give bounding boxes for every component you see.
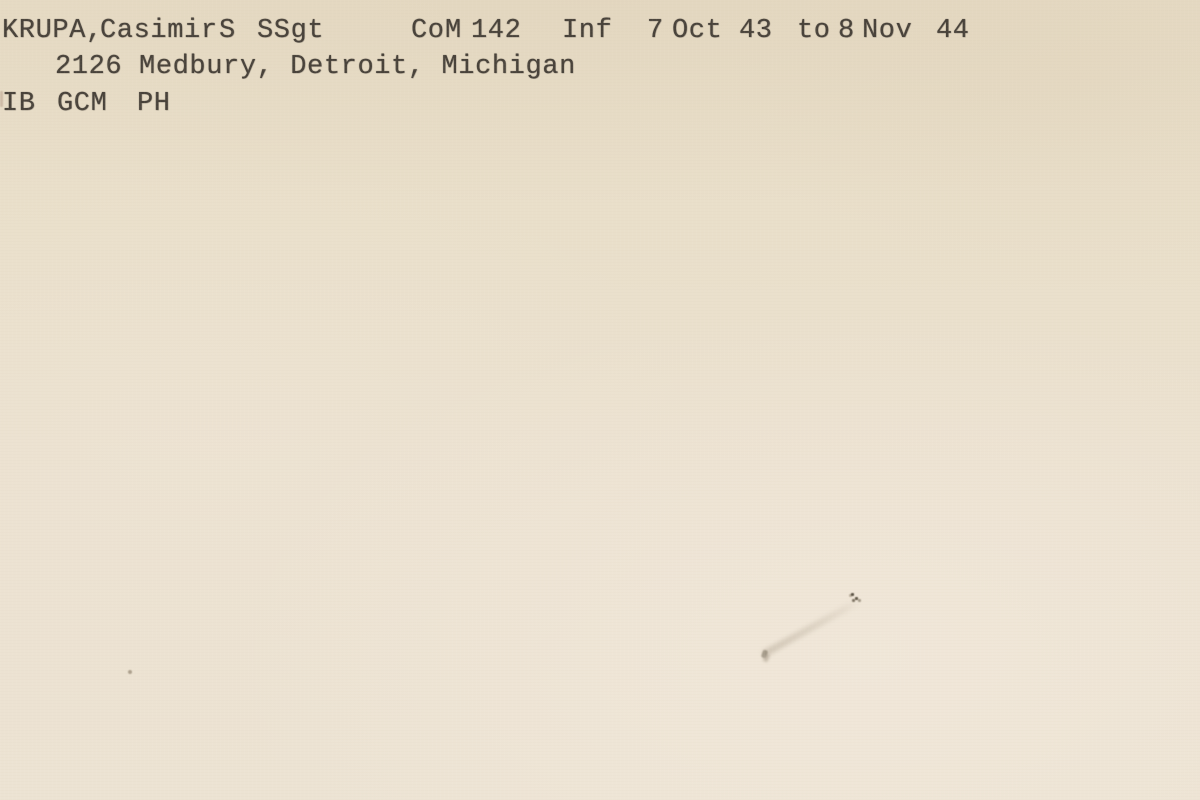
graphite-speck	[761, 649, 768, 658]
start-year: 43	[739, 14, 773, 48]
start-day: 7	[647, 14, 664, 48]
rank: SSgt	[257, 14, 324, 48]
end-day: 8	[838, 14, 855, 48]
address-line: 2126 Medbury, Detroit, Michigan	[0, 50, 1200, 86]
company-letter: M	[445, 14, 462, 48]
given-name: Casimir	[100, 14, 218, 48]
surname: KRUPA,	[2, 14, 103, 48]
scanned-index-card: KRUPA, Casimir S SSgt Co M 142 Inf 7 Oct…	[0, 0, 1200, 800]
ink-speck	[851, 593, 854, 596]
awards-line: IB GCM PH	[0, 87, 1200, 123]
unit-co-label: Co	[411, 14, 445, 48]
regiment-number: 142	[471, 14, 521, 48]
start-month: Oct	[672, 14, 722, 48]
cutoff-letter-fragment	[0, 91, 3, 107]
end-month: Nov	[862, 14, 912, 48]
award-gcm: GCM	[57, 87, 107, 121]
home-address: 2126 Medbury, Detroit, Michigan	[55, 50, 576, 84]
service-summary-line: KRUPA, Casimir S SSgt Co M 142 Inf 7 Oct…	[0, 14, 1200, 50]
date-range-to: to	[797, 14, 831, 48]
branch-abbrev: Inf	[562, 14, 612, 48]
paper-speck	[128, 670, 132, 674]
award-ph: PH	[137, 87, 171, 121]
pencil-smudge	[761, 598, 861, 657]
award-ib: IB	[2, 87, 36, 121]
middle-initial: S	[219, 14, 236, 48]
end-year: 44	[936, 14, 970, 48]
